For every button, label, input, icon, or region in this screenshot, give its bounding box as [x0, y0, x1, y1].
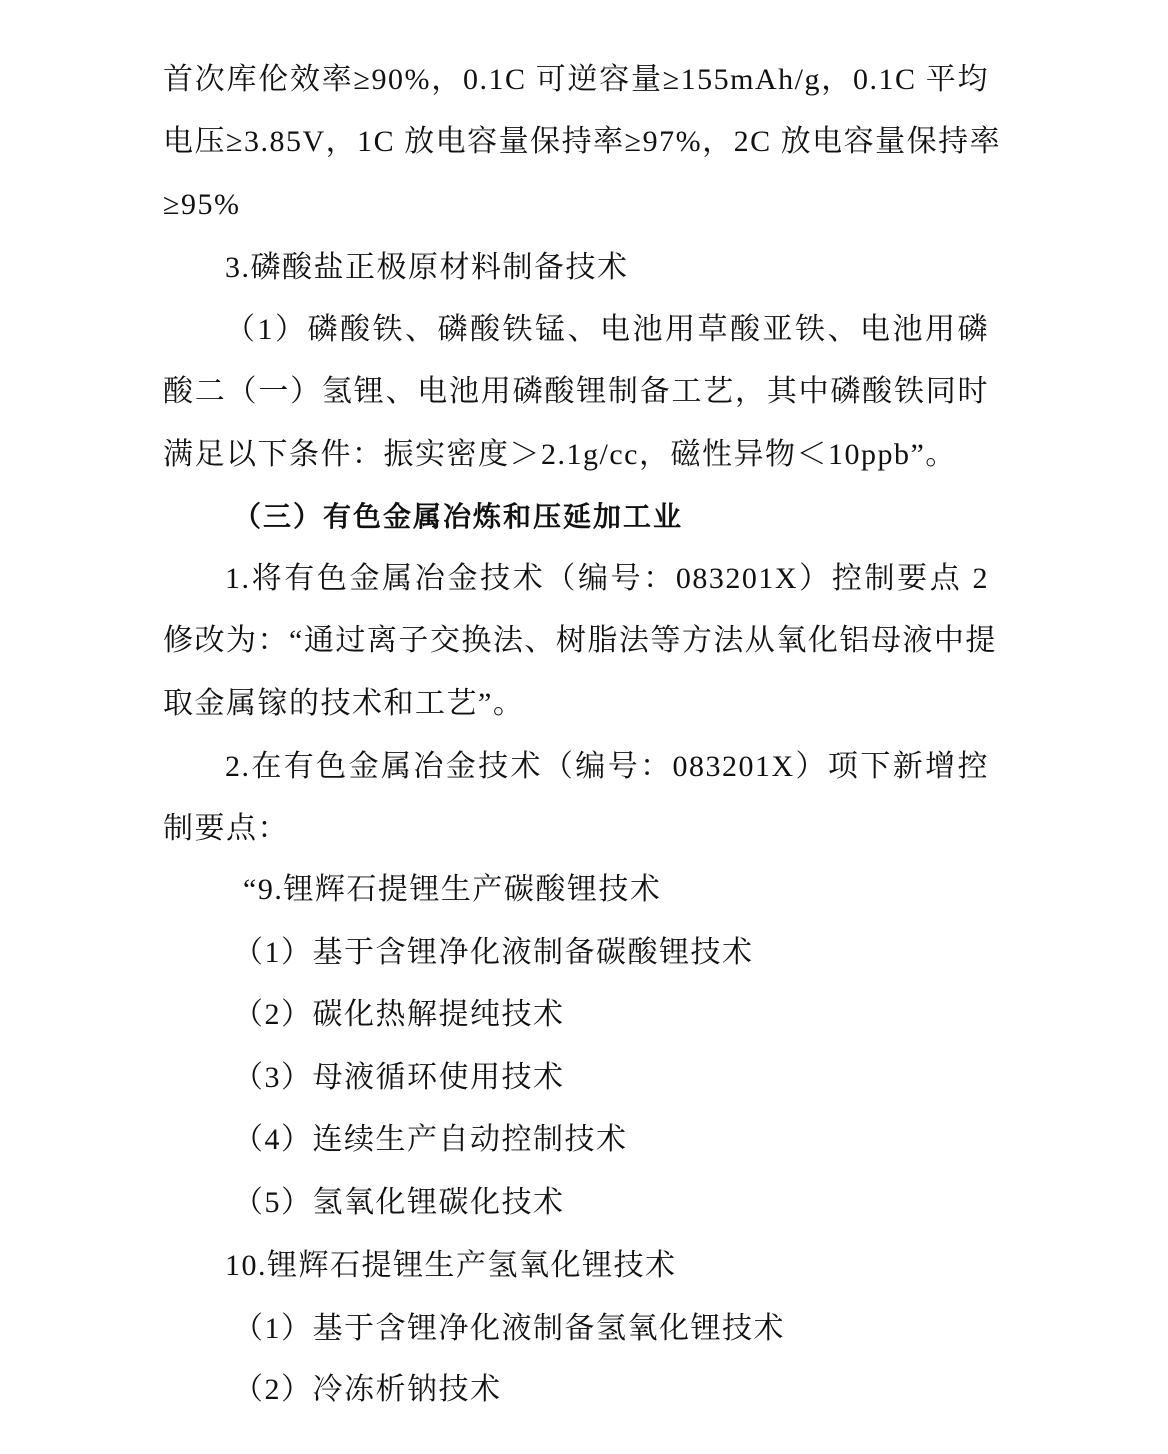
paragraph-line-11: 取金属镓的技术和工艺”。 — [163, 684, 524, 724]
list-item: （3）母液循环使用技术 — [233, 1058, 565, 1098]
paragraph-line-3: ≥95% — [163, 185, 240, 225]
paragraph-line-1: 首次库伦效率≥90%，0.1C 可逆容量≥155mAh/g，0.1C 平均 — [163, 60, 989, 100]
paragraph-line-5: （1）磷酸铁、磷酸铁锰、电池用草酸亚铁、电池用磷 — [225, 310, 989, 350]
list-item: （1）基于含锂净化液制备氢氧化锂技术 — [233, 1309, 785, 1349]
paragraph-line-12: 2.在有色金属冶金技术（编号：083201X）项下新增控 — [225, 747, 989, 787]
paragraph-line-9: 1.将有色金属冶金技术（编号：083201X）控制要点 2 — [225, 559, 989, 599]
list-item: （5）氢氧化锂碳化技术 — [233, 1183, 565, 1223]
list-item: （1）基于含锂净化液制备碳酸锂技术 — [233, 933, 754, 973]
list-item: （2）碳化热解提纯技术 — [233, 995, 565, 1035]
paragraph-line-7: 满足以下条件：振实密度＞2.1g/cc，磁性异物＜10ppb”。 — [163, 435, 957, 475]
paragraph-line-6: 酸二（一）氢锂、电池用磷酸锂制备工艺，其中磷酸铁同时 — [163, 372, 989, 412]
section-title-phosphate: 3.磷酸盐正极原材料制备技术 — [225, 248, 629, 288]
paragraph-line-13: 制要点： — [163, 809, 289, 849]
list-title-lithium-hydroxide: 10.锂辉石提锂生产氢氧化锂技术 — [225, 1246, 677, 1286]
section-heading-nonferrous: （三）有色金属冶炼和压延加工业 — [233, 497, 683, 537]
paragraph-line-10: 修改为：“通过离子交换法、树脂法等方法从氧化铝母液中提 — [163, 621, 989, 661]
list-item: （2）冷冻析钠技术 — [233, 1370, 502, 1410]
list-item: （4）连续生产自动控制技术 — [233, 1120, 628, 1160]
list-title-lithium-carbonate: “9.锂辉石提锂生产碳酸锂技术 — [243, 870, 661, 910]
paragraph-line-2: 电压≥3.85V，1C 放电容量保持率≥97%，2C 放电容量保持率 — [163, 122, 989, 162]
